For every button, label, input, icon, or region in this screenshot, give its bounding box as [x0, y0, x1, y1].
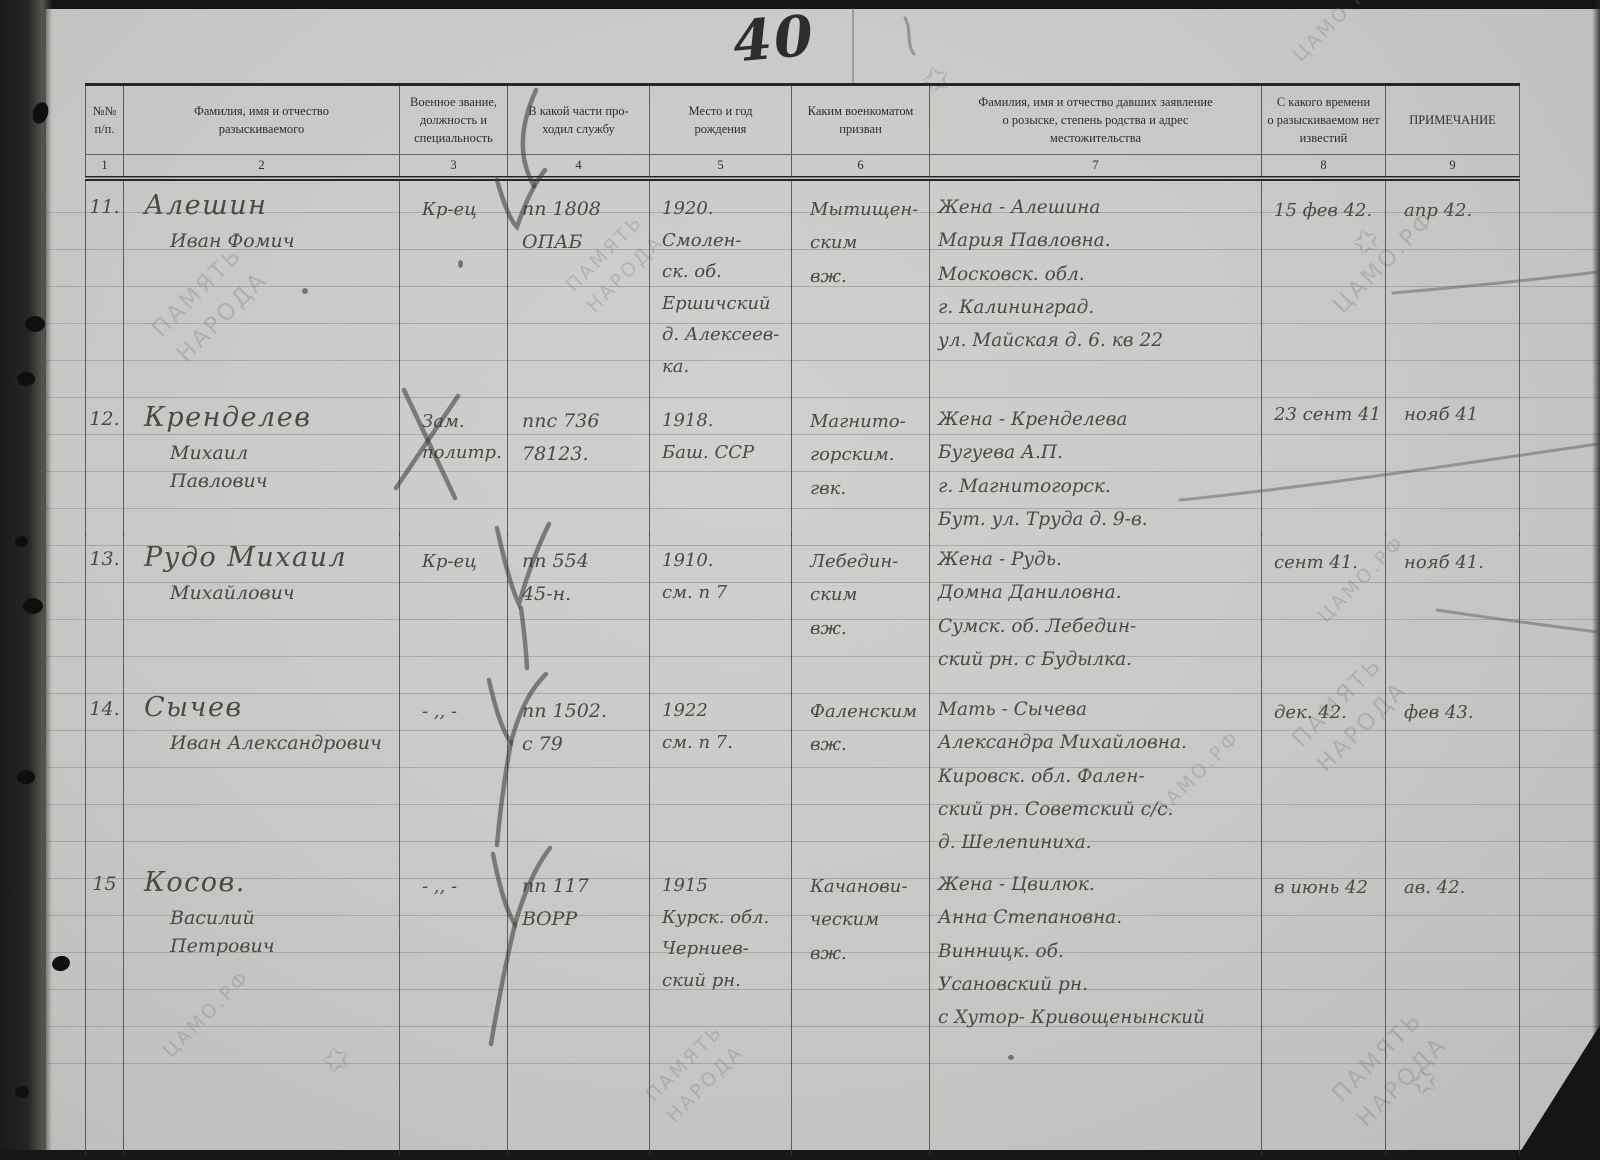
cell-rank: - ,, -: [400, 858, 508, 1063]
cell-applicant: Жена - Кренделева Бугуева А.П. г. Магнит…: [930, 393, 1262, 536]
col-header-rank: Военное звание, должность и специальност…: [400, 86, 508, 154]
table-row: 13. Рудо Михаил Михайлович Кр-ец пп 554 …: [85, 533, 1520, 683]
surname: Сычев: [124, 683, 399, 723]
hole-punch: [17, 770, 35, 784]
hole-punch: [15, 536, 28, 547]
cell-applicant: Мать - Сычева Александра Михайловна. Кир…: [930, 683, 1262, 859]
cell-birth: 1918. Баш. ССР: [650, 393, 792, 536]
col-number: 4: [508, 154, 650, 176]
given-names: Михайлович: [124, 573, 399, 608]
cell-unit: пп 554 45-н.: [508, 533, 650, 683]
cell-unit: пп 1808 ОПАБ: [508, 181, 650, 393]
table-row: 14. Сычев Иван Александрович - ,, - пп 1…: [85, 683, 1520, 858]
row-number: 14.: [85, 683, 124, 859]
cell-name: Алешин Иван Фомич: [124, 181, 400, 393]
cell-birth: 1910. см. п 7: [650, 533, 792, 683]
cell-note: нояб 41.: [1386, 533, 1520, 683]
cell-birth: 1920. Смолен- ск. об. Ершичский д. Алекс…: [650, 181, 792, 393]
cell-since: сент 41.: [1262, 533, 1386, 683]
cell-name: Косов. Василий Петрович: [124, 858, 400, 1063]
table-header-numbers: 1 2 3 4 5 6 7 8 9: [85, 154, 1520, 176]
row-number: 13.: [85, 533, 124, 683]
table-row: 11. Алешин Иван Фомич Кр-ец пп 1808 ОПАБ…: [85, 181, 1520, 393]
surname: Рудо Михаил: [124, 533, 399, 573]
cell-note: апр 42.: [1386, 181, 1520, 393]
col-number: 3: [400, 154, 508, 176]
cell-note: ав. 42.: [1386, 858, 1520, 1063]
cell-rank: Зам. политр.: [400, 393, 508, 536]
scanned-document-page: { "page": { "number": "40" }, "watermark…: [0, 0, 1600, 1160]
row-number: 11.: [85, 181, 124, 393]
col-header-applicant: Фамилия, имя и отчество давших заявление…: [930, 86, 1262, 154]
col-number: 2: [124, 154, 400, 176]
surname: Кренделев: [124, 393, 399, 433]
cell-rank: Кр-ец: [400, 533, 508, 683]
table-header-row: №№ п/п. Фамилия, имя и отчество разыскив…: [85, 86, 1520, 154]
cell-applicant: Жена - Цвилюк. Анна Степановна. Винницк.…: [930, 858, 1262, 1063]
cell-since: дек. 42.: [1262, 683, 1386, 859]
col-header-since: С какого времени о разыскиваемом нет изв…: [1262, 86, 1386, 154]
cell-birth: 1915 Курск. обл. Черниев- ский рн.: [650, 858, 792, 1063]
cell-unit: пп 117 ВОРР: [508, 858, 650, 1063]
page-number: 40: [730, 3, 817, 76]
col-header-birth: Место и год рождения: [650, 86, 792, 154]
scan-edge-left: [0, 0, 52, 1160]
cell-birth: 1922 см. п 7.: [650, 683, 792, 859]
hole-punch: [17, 372, 35, 386]
cell-rank: - ,, -: [400, 683, 508, 859]
hole-punch: [25, 316, 45, 332]
cell-name: Сычев Иван Александрович: [124, 683, 400, 859]
col-number: 6: [792, 154, 930, 176]
cell-since: 23 сент 41: [1262, 393, 1386, 536]
cell-since: 15 фев 42.: [1262, 181, 1386, 393]
col-header-note: ПРИМЕЧАНИЕ: [1386, 86, 1520, 154]
given-names: Василий Петрович: [124, 898, 399, 961]
cell-military-office: Качанови- ческим вж.: [792, 858, 930, 1063]
surname: Косов.: [124, 858, 399, 898]
table-empty-row: [85, 1063, 1520, 1155]
given-names: Михаил Павлович: [124, 433, 399, 496]
cell-name: Рудо Михаил Михайлович: [124, 533, 400, 683]
paper-crease: [852, 8, 854, 84]
hole-punch: [23, 598, 43, 614]
col-header-name: Фамилия, имя и отчество разыскиваемого: [124, 86, 400, 154]
cell-name: Кренделев Михаил Павлович: [124, 393, 400, 536]
cell-rank: Кр-ец: [400, 181, 508, 393]
table-row: 15 Косов. Василий Петрович - ,, - пп 117…: [85, 858, 1520, 1063]
col-number: 1: [85, 154, 124, 176]
given-names: Иван Александрович: [124, 723, 399, 758]
col-header-vk: Каким военкоматом призван: [792, 86, 930, 154]
cell-military-office: Магнито- горским. гвк.: [792, 393, 930, 536]
col-number: 8: [1262, 154, 1386, 176]
col-number: 5: [650, 154, 792, 176]
hole-punch: [15, 1086, 29, 1098]
cell-applicant: Жена - Рудь. Домна Даниловна. Сумск. об.…: [930, 533, 1262, 683]
cell-since: в июнь 42: [1262, 858, 1386, 1063]
col-header-num: №№ п/п.: [85, 86, 124, 154]
surname: Алешин: [124, 181, 399, 221]
given-names: Иван Фомич: [124, 221, 399, 256]
cell-military-office: Лебедин- ским вж.: [792, 533, 930, 683]
table-row: 12. Кренделев Михаил Павлович Зам. полит…: [85, 393, 1520, 533]
cell-note: фев 43.: [1386, 683, 1520, 859]
col-header-unit: В какой части про- ходил службу: [508, 86, 650, 154]
cell-applicant: Жена - Алешина Мария Павловна. Московск.…: [930, 181, 1262, 393]
col-number: 9: [1386, 154, 1520, 176]
cell-military-office: Фаленским вж.: [792, 683, 930, 859]
cell-military-office: Мытищен- ским вж.: [792, 181, 930, 393]
row-number: 15: [85, 858, 124, 1063]
cell-note: нояб 41: [1386, 393, 1520, 536]
scan-edge-right: [1592, 0, 1600, 1160]
row-number: 12.: [85, 393, 124, 536]
cell-unit: пп 1502. с 79: [508, 683, 650, 859]
search-register-table: №№ п/п. Фамилия, имя и отчество разыскив…: [85, 83, 1520, 1155]
col-number: 7: [930, 154, 1262, 176]
cell-unit: ппс 736 78123.: [508, 393, 650, 536]
